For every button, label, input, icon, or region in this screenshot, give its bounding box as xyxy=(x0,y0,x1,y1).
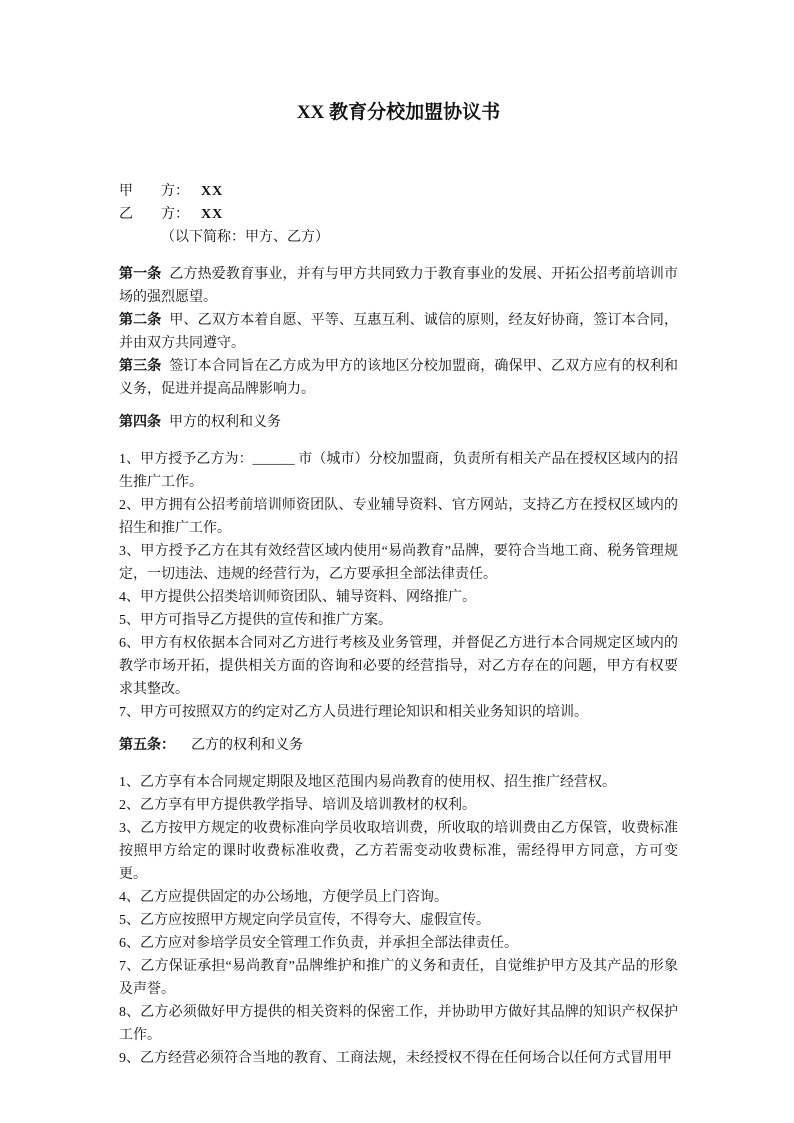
section-5-heading: 第五条：乙方的权利和义务 xyxy=(119,734,678,757)
party-jia-label: 甲 方： xyxy=(119,184,189,199)
clause-2-text: 甲、乙双方本着自愿、平等、互惠互利、诚信的原则，经友好协商，签订本合同，并由双方… xyxy=(119,313,678,351)
section-4-item-3: 3、甲方授予乙方在其有效经营区域内使用“易尚教育”品牌，要符合当地工商、税务管理… xyxy=(119,540,678,586)
section-4-item-7: 7、甲方可按照双方的约定对乙方人员进行理论知识和相关业务知识的培训。 xyxy=(119,701,678,724)
section-5-item-9: 9、乙方经营必须符合当地的教育、工商法规，未经授权不得在任何场合以任何方式冒用甲 xyxy=(119,1047,678,1070)
section-4-item-2: 2、甲方拥有公招考前培训师资团队、专业辅导资料、官方网站，支持乙方在授权区域内的… xyxy=(119,494,678,540)
section-5-item-7: 7、乙方保证承担“易尚教育”品牌维护和推广的义务和责任，自觉维护甲方及其产品的形… xyxy=(119,955,678,1001)
clause-1: 第一条乙方热爱教育事业，并有与甲方共同致力于教育事业的发展、开拓公招考前培训市场… xyxy=(119,263,678,309)
section-4-heading: 第四条甲方的权利和义务 xyxy=(119,411,678,434)
section-5-item-2: 2、乙方享有甲方提供教学指导、培训及培训教材的权利。 xyxy=(119,794,678,817)
section-4-number: 第四条 xyxy=(119,415,161,430)
parties-block: 甲 方：XX 乙 方：XX （以下简称：甲方、乙方） xyxy=(119,180,678,249)
section-5-item-5: 5、乙方应按照甲方规定向学员宣传，不得夸大、虚假宣传。 xyxy=(119,909,678,932)
party-yi-value: XX xyxy=(201,207,223,222)
section-5-items: 1、乙方享有本合同规定期限及地区范围内易尚教育的使用权、招生推广经营权。 2、乙… xyxy=(119,771,678,1070)
party-yi-label: 乙 方： xyxy=(119,207,189,222)
section-4-item-6: 6、甲方有权依据本合同对乙方进行考核及业务管理，并督促乙方进行本合同规定区域内的… xyxy=(119,632,678,701)
section-5-item-4: 4、乙方应提供固定的办公场地，方便学员上门咨询。 xyxy=(119,886,678,909)
section-5-number: 第五条： xyxy=(119,738,175,753)
section-4-title: 甲方的权利和义务 xyxy=(169,415,281,430)
section-5-item-6: 6、乙方应对参培学员安全管理工作负责，并承担全部法律责任。 xyxy=(119,932,678,955)
section-5-title: 乙方的权利和义务 xyxy=(191,738,303,753)
section-4-item-1: 1、甲方授予乙方为：______ 市（城市）分校加盟商，负责所有相关产品在授权区… xyxy=(119,448,678,494)
section-5-item-3: 3、乙方按甲方规定的收费标准向学员收取培训费，所收取的培训费由乙方保管，收费标准… xyxy=(119,817,678,886)
section-4-item-5: 5、甲方可指导乙方提供的宣传和推广方案。 xyxy=(119,609,678,632)
section-5-item-8: 8、乙方必须做好甲方提供的相关资料的保密工作，并协助甲方做好其品牌的知识产权保护… xyxy=(119,1001,678,1047)
party-row-yi: 乙 方：XX xyxy=(119,203,678,226)
document-page: XX 教育分校加盟协议书 甲 方：XX 乙 方：XX （以下简称：甲方、乙方） … xyxy=(0,0,794,1123)
party-row-jia: 甲 方：XX xyxy=(119,180,678,203)
clause-2-number: 第二条 xyxy=(119,313,161,328)
section-4-items: 1、甲方授予乙方为：______ 市（城市）分校加盟商，负责所有相关产品在授权区… xyxy=(119,448,678,724)
section-4-item-4: 4、甲方提供公招类培训师资团队、辅导资料、网络推广。 xyxy=(119,586,678,609)
parties-note: （以下简称：甲方、乙方） xyxy=(119,226,678,249)
preamble-clauses: 第一条乙方热爱教育事业，并有与甲方共同致力于教育事业的发展、开拓公招考前培训市场… xyxy=(119,263,678,401)
clause-2: 第二条甲、乙双方本着自愿、平等、互惠互利、诚信的原则，经友好协商，签订本合同，并… xyxy=(119,309,678,355)
document-title: XX 教育分校加盟协议书 xyxy=(119,100,678,126)
clause-3-text: 签订本合同旨在乙方成为甲方的该地区分校加盟商，确保甲、乙双方应有的权利和义务，促… xyxy=(119,359,678,397)
clause-1-number: 第一条 xyxy=(119,267,161,282)
section-5-item-1: 1、乙方享有本合同规定期限及地区范围内易尚教育的使用权、招生推广经营权。 xyxy=(119,771,678,794)
clause-3: 第三条签订本合同旨在乙方成为甲方的该地区分校加盟商，确保甲、乙双方应有的权利和义… xyxy=(119,355,678,401)
clause-3-number: 第三条 xyxy=(119,359,161,374)
party-jia-value: XX xyxy=(201,184,223,199)
clause-1-text: 乙方热爱教育事业，并有与甲方共同致力于教育事业的发展、开拓公招考前培训市场的强烈… xyxy=(119,267,678,305)
